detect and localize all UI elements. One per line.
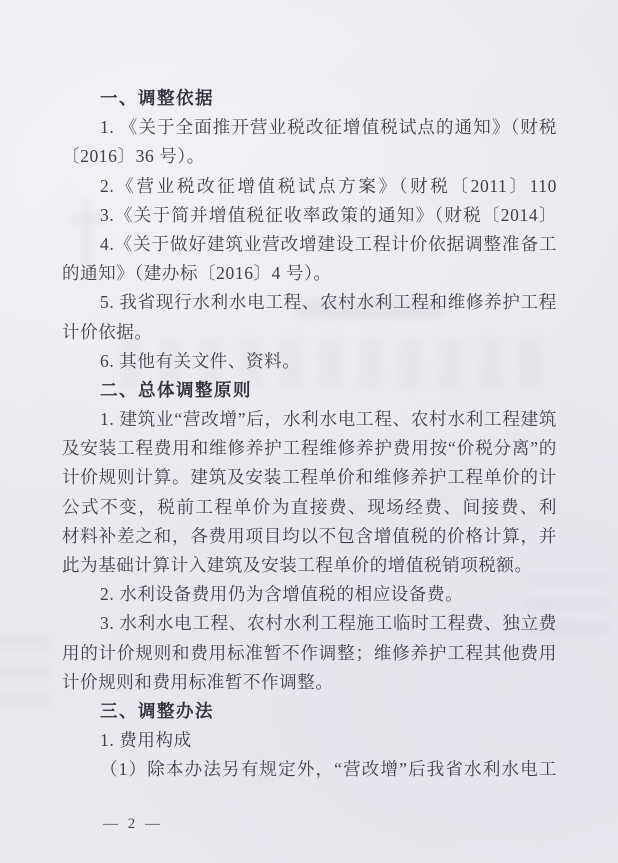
doc-line: 1. 费用构成 bbox=[62, 726, 557, 755]
doc-line: 公式不变，税前工程单价为直接费、现场经费、间接费、利润、 bbox=[62, 493, 557, 522]
doc-line: 计价规则和费用标准暂不作调整。 bbox=[62, 668, 557, 697]
doc-line: 5. 我省现行水利水电工程、农村水利工程和维修养护工程 bbox=[62, 288, 557, 317]
doc-line: 1. 《关于全面推开营业税改征增值税试点的通知》（财税 bbox=[62, 113, 557, 142]
section-heading-2: 二、总体调整原则 bbox=[62, 376, 557, 405]
doc-line: 3.《关于简并增值税征收率政策的通知》（财税〔2014〕57 号）。 bbox=[62, 201, 557, 230]
doc-line: 6. 其他有关文件、资料。 bbox=[62, 347, 557, 376]
document-text-block: 一、调整依据 1. 《关于全面推开营业税改征增值税试点的通知》（财税 〔2016… bbox=[62, 84, 557, 785]
doc-line: 此为基础计算计入建筑及安装工程单价的增值税销项税额。 bbox=[62, 551, 557, 580]
doc-line: 及安装工程费用和维修养护工程维修养护费用按“价税分离”的 bbox=[62, 434, 557, 463]
doc-line: 材料补差之和，各费用项目均以不包含增值税的价格计算，并以 bbox=[62, 522, 557, 551]
doc-line: 的通知》（建办标〔2016〕4 号）。 bbox=[62, 259, 557, 288]
doc-line: 用的计价规则和费用标准暂不作调整；维修养护工程其他费用的 bbox=[62, 639, 557, 668]
doc-line: 4.《关于做好建筑业营改增建设工程计价依据调整准备工作 bbox=[62, 230, 557, 259]
page-number: — 2 — bbox=[103, 816, 163, 833]
doc-line: （1）除本办法另有规定外，“营改增”后我省水利水电工程、 bbox=[62, 755, 557, 784]
doc-line: 计价规则计算。建筑及安装工程单价和维修养护工程单价的计算 bbox=[62, 463, 557, 492]
bleed-through-artifact bbox=[0, 636, 50, 706]
doc-line: 1. 建筑业“营改增”后，水利水电工程、农村水利工程建筑 bbox=[62, 405, 557, 434]
doc-line: 2.《营业税改征增值税试点方案》（财税〔2011〕110 号）。 bbox=[62, 172, 557, 201]
scanned-document-page: 一、调整依据 1. 《关于全面推开营业税改征增值税试点的通知》（财税 〔2016… bbox=[0, 0, 618, 863]
doc-line: 2. 水利设备费用仍为含增值税的相应设备费。 bbox=[62, 580, 557, 609]
section-heading-3: 三、调整办法 bbox=[62, 697, 557, 726]
doc-line: 〔2016〕36 号）。 bbox=[62, 142, 557, 171]
doc-line: 3. 水利水电工程、农村水利工程施工临时工程费、独立费 bbox=[62, 609, 557, 638]
doc-line: 计价依据。 bbox=[62, 318, 557, 347]
section-heading-1: 一、调整依据 bbox=[62, 84, 557, 113]
